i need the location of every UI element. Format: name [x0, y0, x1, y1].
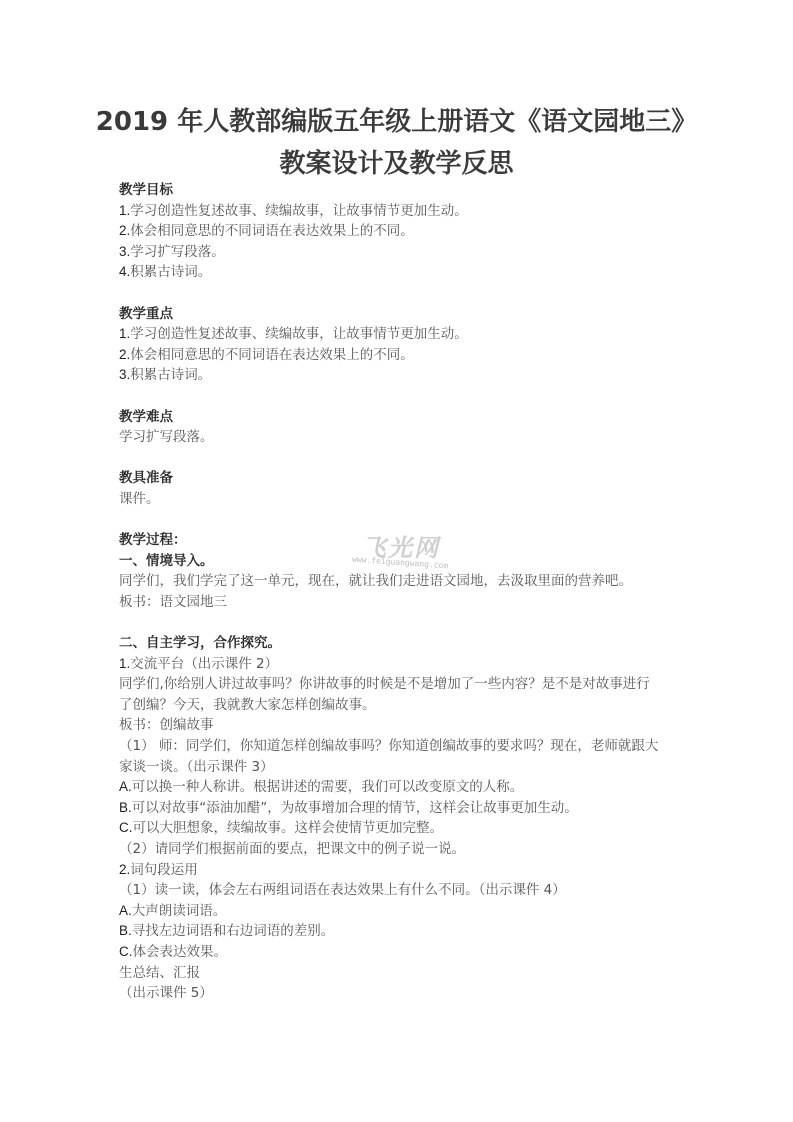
process-sub2-title: 2.词句段运用 [119, 860, 679, 881]
process-part1-line: 同学们，我们学完了这一单元，现在，就让我们走进语文园地，去汲取里面的营养吧。 [119, 571, 679, 592]
process-part1-heading: 一、情境导入。 [119, 551, 679, 572]
process-sub1-line: 板书：创编故事 [119, 715, 679, 736]
section-heading-difficulties: 教学难点 [119, 407, 679, 428]
spacer [119, 283, 679, 304]
goal-item: 2.体会相同意思的不同词语在表达效果上的不同。 [119, 221, 679, 242]
key-point-item: 1.学习创造性复述故事、续编故事，让故事情节更加生动。 [119, 324, 679, 345]
section-heading-materials: 教具准备 [119, 468, 679, 489]
process-sub1-option: C.可以大胆想象，续编故事。这样会使情节更加完整。 [119, 818, 679, 839]
section-heading-goals: 教学目标 [119, 180, 679, 201]
spacer [119, 386, 679, 407]
process-sub2-after: 生总结、汇报 [119, 963, 679, 984]
key-point-item: 2.体会相同意思的不同词语在表达效果上的不同。 [119, 345, 679, 366]
spacer [119, 510, 679, 531]
process-sub1-line: 了创编？今天，我就教大家怎样创编故事。 [119, 695, 679, 716]
goal-item: 3.学习扩写段落。 [119, 242, 679, 263]
goal-item: 1.学习创造性复述故事、续编故事，让故事情节更加生动。 [119, 201, 679, 222]
process-sub1-option: B.可以对故事“添油加醋”，为故事增加合理的情节，这样会让故事更加生动。 [119, 798, 679, 819]
document-title-line2: 教案设计及教学反思 [0, 143, 793, 180]
process-sub2-line: （1）读一读，体会左右两组词语在表达效果上有什么不同。（出示课件 4） [119, 880, 679, 901]
spacer [119, 448, 679, 469]
process-sub1-after: （2）请同学们根据前面的要点，把课文中的例子说一说。 [119, 839, 679, 860]
section-heading-key-points: 教学重点 [119, 304, 679, 325]
process-part1-line: 板书：语文园地三 [119, 592, 679, 613]
process-sub2-option: A.大声朗读词语。 [119, 901, 679, 922]
goal-item: 4.积累古诗词。 [119, 262, 679, 283]
section-heading-process: 教学过程： [119, 530, 679, 551]
process-part2-heading: 二、自主学习，合作探究。 [119, 633, 679, 654]
process-sub1-title: 1.交流平台（出示课件 2） [119, 654, 679, 675]
process-sub1-option: A.可以换一种人称讲。根据讲述的需要，我们可以改变原文的人称。 [119, 777, 679, 798]
key-point-item: 3.积累古诗词。 [119, 365, 679, 386]
process-sub2-option: B.寻找左边词语和右边词语的差别。 [119, 921, 679, 942]
materials-text: 课件。 [119, 489, 679, 510]
difficulties-text: 学习扩写段落。 [119, 427, 679, 448]
spacer [119, 612, 679, 633]
document-title-line1: 2019 年人教部编版五年级上册语文《语文园地三》 [0, 101, 793, 138]
process-sub1-line: 家谈一谈。（出示课件 3） [119, 757, 679, 778]
process-sub2-after: （出示课件 5） [119, 983, 679, 1004]
process-sub1-line: （1） 师：同学们，你知道怎样创编故事吗？你知道创编故事的要求吗？现在，老师就跟… [119, 736, 679, 757]
process-sub1-line: 同学们,你给别人讲过故事吗？你讲故事的时候是不是增加了一些内容？是不是对故事进行 [119, 674, 679, 695]
document-body: 教学目标 1.学习创造性复述故事、续编故事，让故事情节更加生动。 2.体会相同意… [119, 180, 679, 1004]
process-sub2-option: C.体会表达效果。 [119, 942, 679, 963]
